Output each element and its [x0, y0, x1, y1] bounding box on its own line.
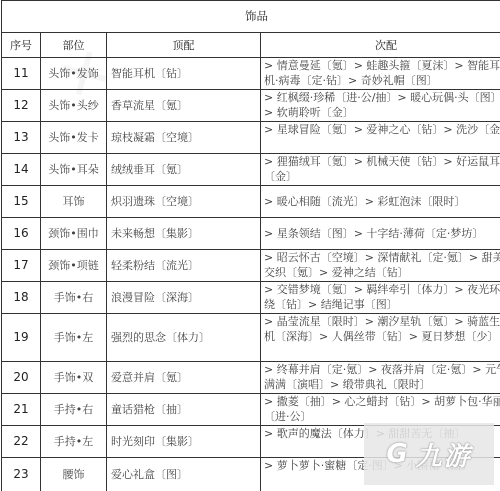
- row-position: 耳饰: [41, 186, 107, 218]
- row-position: 头饰•发卡: [41, 122, 107, 154]
- row-num: 20: [2, 362, 41, 394]
- watermark-text: 九游: [416, 436, 472, 473]
- row-top: 时光刻印〔集影〕: [107, 426, 261, 458]
- row-num: 14: [2, 154, 41, 186]
- row-top: 未来畅想〔集影〕: [107, 218, 261, 250]
- row-top: 强烈的思念〔体力〕: [107, 314, 261, 362]
- row-sub: > 交错梦境〔氪〕> 羁绊牵引〔体力〕> 夜光环绕〔钻〕> 结绳记事〔图〕: [261, 282, 500, 314]
- row-position: 颈饰•围巾: [41, 218, 107, 250]
- accessories-table: 饰品 序号 部位 顶配 次配 11 头饰•发饰 智能耳机〔钻〕 > 情意曼延〔氪…: [1, 0, 500, 491]
- row-position: 手饰•右: [41, 282, 107, 314]
- table-row: 21 手持•右 童话猎枪〔抽〕 > 撒菱〔抽〕> 心之蜡封〔钻〕> 胡萝卜包·华…: [2, 394, 500, 426]
- table-title: 饰品: [2, 1, 500, 33]
- row-num: 13: [2, 122, 41, 154]
- table-row: 14 头饰•耳朵 绒绒垂耳〔氪〕 > 狸猫绒耳〔氪〕> 机械天使〔钻〕> 好运鼠…: [2, 154, 500, 186]
- header-position: 部位: [41, 33, 107, 58]
- row-position: 头饰•头纱: [41, 90, 107, 122]
- row-sub: > 暖心相随〔流光〕> 彩虹泡沫〔限时〕: [261, 186, 500, 218]
- row-top: 爱意并肩〔氪〕: [107, 362, 261, 394]
- row-top: 浪漫冒险〔深海〕: [107, 282, 261, 314]
- row-position: 手持•右: [41, 394, 107, 426]
- row-top: 绒绒垂耳〔氪〕: [107, 154, 261, 186]
- row-position: 手饰•双: [41, 362, 107, 394]
- header-num: 序号: [2, 33, 41, 58]
- row-top: 香草流星〔氪〕: [107, 90, 261, 122]
- row-position: 头饰•耳朵: [41, 154, 107, 186]
- row-num: 16: [2, 218, 41, 250]
- table-row: 15 耳饰 炽羽遗珠〔空境〕 > 暖心相随〔流光〕> 彩虹泡沫〔限时〕: [2, 186, 500, 218]
- row-num: 11: [2, 58, 41, 90]
- row-top: 轻柔粉结〔流光〕: [107, 250, 261, 282]
- row-sub: > 晶莹流星〔限时〕> 潮汐星轨〔氪〕> 骑蓝生机〔深海〕> 人偶丝带〔钻〕> …: [261, 314, 500, 362]
- row-position: 手饰•左: [41, 314, 107, 362]
- header-row: 序号 部位 顶配 次配: [2, 33, 500, 58]
- header-top: 顶配: [107, 33, 261, 58]
- row-num: 17: [2, 250, 41, 282]
- row-sub: > 终幕并肩〔定·氪〕> 夜落并肩〔定·氪〕> 元气满满〔演唱〕> 缎带典礼〔限…: [261, 362, 500, 394]
- row-num: 15: [2, 186, 41, 218]
- table-row: 20 手饰•双 爱意并肩〔氪〕 > 终幕并肩〔定·氪〕> 夜落并肩〔定·氪〕> …: [2, 362, 500, 394]
- table-row: 13 头饰•发卡 琼枝凝霜〔空境〕 > 星球冒险〔氪〕> 爱神之心〔钻〕> 洗沙…: [2, 122, 500, 154]
- table-row: 17 颈饰•项链 轻柔粉结〔流光〕 > 昭云怀古〔空境〕> 深情献礼〔定·氪〕>…: [2, 250, 500, 282]
- row-top: 炽羽遗珠〔空境〕: [107, 186, 261, 218]
- row-num: 18: [2, 282, 41, 314]
- row-position: 头饰•发饰: [41, 58, 107, 90]
- row-sub: > 狸猫绒耳〔氪〕> 机械天使〔钻〕> 好运鼠耳〔金〕: [261, 154, 500, 186]
- row-top: 爱心礼盒〔图〕: [107, 458, 261, 491]
- row-sub: > 情意曼延〔氪〕> 蛙趣头箍〔夏沫〕> 智能耳机·病毒〔定·钻〕> 奇妙礼帽〔…: [261, 58, 500, 90]
- table-row: 19 手饰•左 强烈的思念〔体力〕 > 晶莹流星〔限时〕> 潮汐星轨〔氪〕> 骑…: [2, 314, 500, 362]
- site-watermark-logo: G 九游: [364, 423, 494, 485]
- row-num: 22: [2, 426, 41, 458]
- table-row: 16 颈饰•围巾 未来畅想〔集影〕 > 星条领结〔图〕> 十字结·薄荷〔定·梦坊…: [2, 218, 500, 250]
- table-row: 18 手饰•右 浪漫冒险〔深海〕 > 交错梦境〔氪〕> 羁绊牵引〔体力〕> 夜光…: [2, 282, 500, 314]
- row-position: 颈饰•项链: [41, 250, 107, 282]
- row-top: 智能耳机〔钻〕: [107, 58, 261, 90]
- row-num: 19: [2, 314, 41, 362]
- row-sub: > 红枫缀·珍稀〔进·公/抽〕> 暖心玩偶·头〔图〕> 软萌聆听〔金〕: [261, 90, 500, 122]
- row-sub: > 星条领结〔图〕> 十字结·薄荷〔定·梦坊〕: [261, 218, 500, 250]
- logo-icon: G: [386, 439, 409, 469]
- table-row: 11 头饰•发饰 智能耳机〔钻〕 > 情意曼延〔氪〕> 蛙趣头箍〔夏沫〕> 智能…: [2, 58, 500, 90]
- row-num: 12: [2, 90, 41, 122]
- table-row: 12 头饰•头纱 香草流星〔氪〕 > 红枫缀·珍稀〔进·公/抽〕> 暖心玩偶·头…: [2, 90, 500, 122]
- row-sub: > 星球冒险〔氪〕> 爱神之心〔钻〕> 洗沙〔金〕: [261, 122, 500, 154]
- row-top: 琼枝凝霜〔空境〕: [107, 122, 261, 154]
- row-sub: > 昭云怀古〔空境〕> 深情献礼〔定·氪〕> 甜美交织〔氪〕> 爱神之结〔钻〕: [261, 250, 500, 282]
- row-position: 手持•左: [41, 426, 107, 458]
- header-sub: 次配: [261, 33, 500, 58]
- row-num: 21: [2, 394, 41, 426]
- row-num: 23: [2, 458, 41, 491]
- row-sub: > 撒菱〔抽〕> 心之蜡封〔钻〕> 胡萝卜包·华丽〔进·公〕: [261, 394, 500, 426]
- row-top: 童话猎枪〔抽〕: [107, 394, 261, 426]
- row-position: 腰饰: [41, 458, 107, 491]
